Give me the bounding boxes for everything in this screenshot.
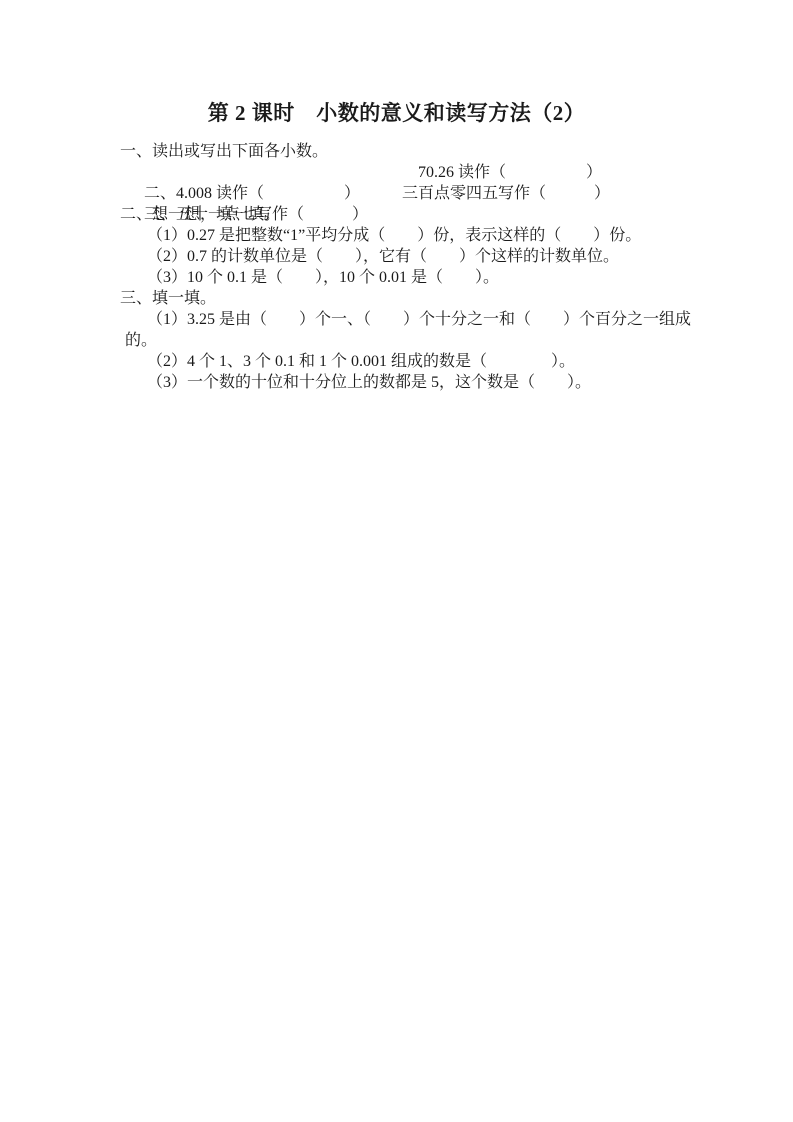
read-70-26-item: 70.26 读作（ ） bbox=[418, 162, 602, 183]
worksheet-page: 第 2 课时 小数的意义和读写方法（2） 一、读出或写出下面各小数。 二、4.0… bbox=[0, 0, 793, 1122]
worksheet-body: 一、读出或写出下面各小数。 二、4.008 读作（ ） 70.26 读作（ ） … bbox=[120, 141, 720, 393]
question-three-blank-3: （3）一个数的十位和十分位上的数都是 5，这个数是（ ）。 bbox=[120, 372, 720, 393]
question-three-blank-1-wrap: 的。 bbox=[120, 330, 720, 351]
question-two-blank-3: （3）10 个 0.1 是（ ），10 个 0.01 是（ ）。 bbox=[120, 267, 720, 288]
question-two-blank-1: （1）0.27 是把整数“1”平均分成（ ）份，表示这样的（ ）份。 bbox=[120, 225, 720, 246]
decimal-writing-row: 三、五十一点七写作（ ） 三百点零四五写作（ ） bbox=[120, 183, 720, 204]
decimal-reading-row: 二、4.008 读作（ ） 70.26 读作（ ） bbox=[120, 162, 720, 183]
question-three-blank-1: （1）3.25 是由（ ）个一、（ ）个十分之一和（ ）个百分之一组成 bbox=[120, 309, 720, 330]
worksheet-title: 第 2 课时 小数的意义和读写方法（2） bbox=[0, 100, 793, 127]
section-one-instruction: 一、读出或写出下面各小数。 bbox=[120, 141, 720, 162]
question-three-blank-2: （2）4 个 1、3 个 0.1 和 1 个 0.001 组成的数是（ ）。 bbox=[120, 351, 720, 372]
write-three-hundred-point-zero-four-five-item: 三百点零四五写作（ ） bbox=[402, 183, 610, 204]
question-two-blank-2: （2）0.7 的计数单位是（ ），它有（ ）个这样的计数单位。 bbox=[120, 246, 720, 267]
section-two-heading: 二、想一想，填一填。 bbox=[120, 204, 720, 225]
section-three-heading: 三、填一填。 bbox=[120, 288, 720, 309]
